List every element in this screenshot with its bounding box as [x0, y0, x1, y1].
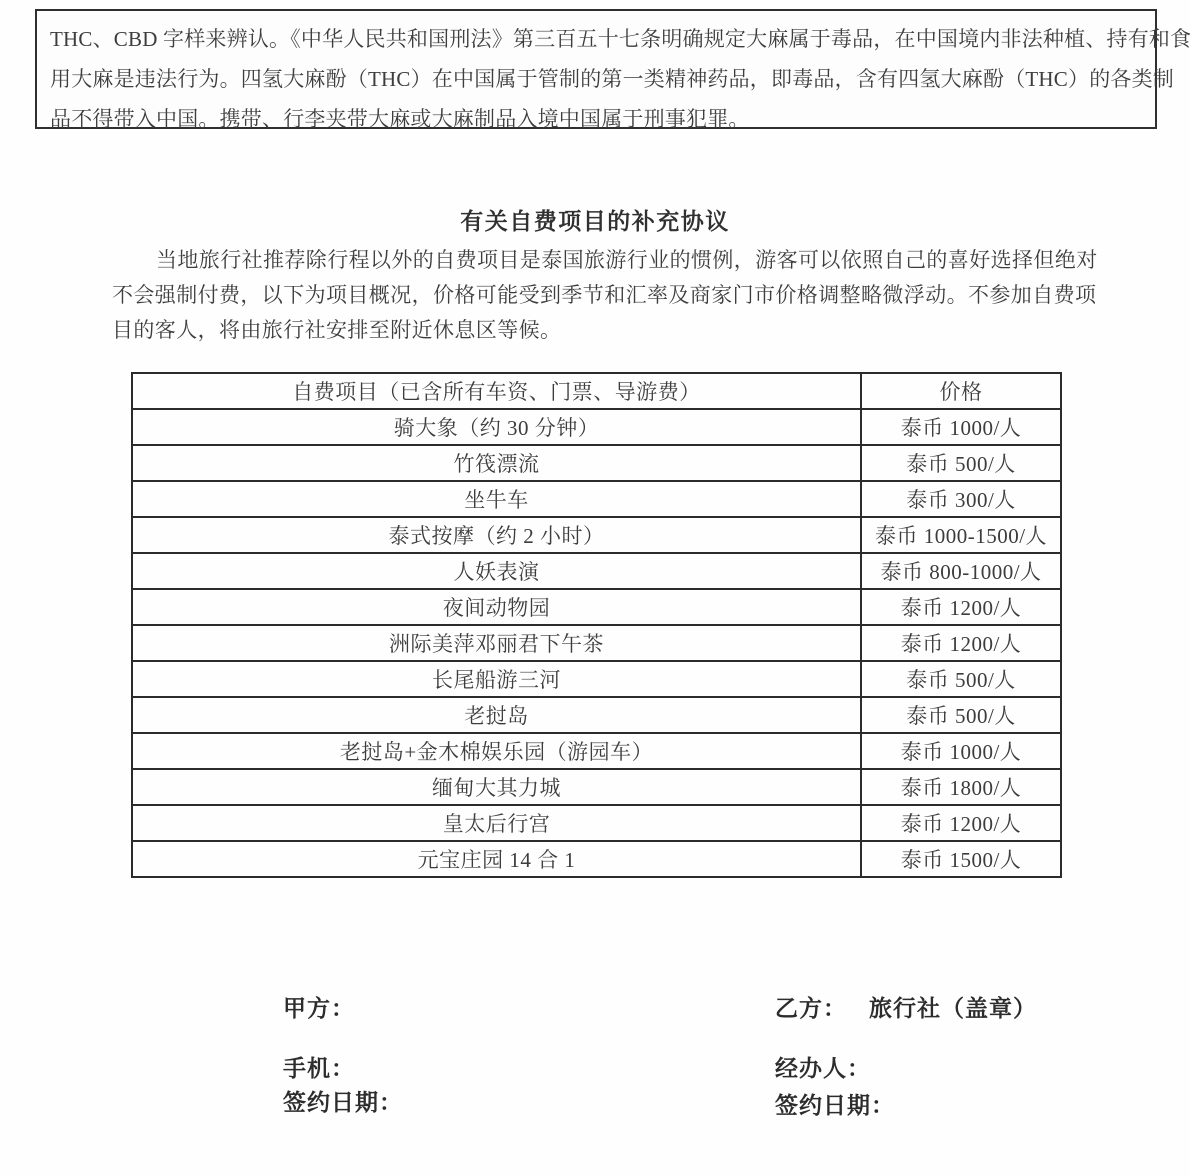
agreement-intro-line: 不会强制付费，以下为项目概况，价格可能受到季节和汇率及商家门市价格调整略微浮动。… [112, 278, 1122, 313]
agreement-intro-line: 当地旅行社推荐除行程以外的自费项目是泰国旅游行业的惯例，游客可以依照自己的喜好选… [112, 243, 1122, 278]
table-row: 泰式按摩（约 2 小时）泰币 1000-1500/人 [132, 517, 1061, 553]
handler-label: 经办人： [775, 1050, 871, 1083]
item-cell: 元宝庄园 14 合 1 [132, 841, 861, 877]
price-cell: 泰币 1200/人 [861, 625, 1061, 661]
party-b-value: 旅行社（盖章） [869, 996, 1037, 1021]
price-cell: 泰币 800-1000/人 [861, 553, 1061, 589]
legal-notice-line: 用大麻是违法行为。四氢大麻酚（THC）在中国属于管制的第一类精神药品，即毒品，含… [50, 59, 1143, 99]
table-row: 老挝岛+金木棉娱乐园（游园车）泰币 1000/人 [132, 733, 1061, 769]
table-row: 竹筏漂流泰币 500/人 [132, 445, 1061, 481]
price-cell: 泰币 1000-1500/人 [861, 517, 1061, 553]
phone-label: 手机： [283, 1050, 355, 1083]
table-row: 骑大象（约 30 分钟）泰币 1000/人 [132, 409, 1061, 445]
price-cell: 泰币 500/人 [861, 697, 1061, 733]
header-price-column: 价格 [861, 373, 1061, 409]
item-cell: 老挝岛 [132, 697, 861, 733]
price-cell: 泰币 1500/人 [861, 841, 1061, 877]
price-cell: 泰币 1000/人 [861, 733, 1061, 769]
agreement-intro: 当地旅行社推荐除行程以外的自费项目是泰国旅游行业的惯例，游客可以依照自己的喜好选… [112, 243, 1122, 348]
sign-date-a-label: 签约日期： [283, 1084, 403, 1117]
table-row: 老挝岛泰币 500/人 [132, 697, 1061, 733]
table-header-row: 自费项目（已含所有车资、门票、导游费） 价格 [132, 373, 1061, 409]
item-cell: 夜间动物园 [132, 589, 861, 625]
item-cell: 老挝岛+金木棉娱乐园（游园车） [132, 733, 861, 769]
party-b-label: 乙方： [775, 996, 847, 1021]
item-cell: 人妖表演 [132, 553, 861, 589]
table-row: 人妖表演泰币 800-1000/人 [132, 553, 1061, 589]
price-cell: 泰币 1800/人 [861, 769, 1061, 805]
price-cell: 泰币 1000/人 [861, 409, 1061, 445]
legal-notice-line: 品不得带入中国。携带、行李夹带大麻或大麻制品入境中国属于刑事犯罪。 [50, 99, 1143, 139]
item-cell: 洲际美萍邓丽君下午茶 [132, 625, 861, 661]
item-cell: 坐牛车 [132, 481, 861, 517]
agreement-title: 有关自费项目的补充协议 [0, 203, 1190, 236]
header-item-column: 自费项目（已含所有车资、门票、导游费） [132, 373, 861, 409]
legal-notice-box: THC、CBD 字样来辨认。《中华人民共和国刑法》第三百五十七条明确规定大麻属于… [35, 9, 1157, 129]
item-cell: 骑大象（约 30 分钟） [132, 409, 861, 445]
item-cell: 皇太后行宫 [132, 805, 861, 841]
table-row: 长尾船游三河泰币 500/人 [132, 661, 1061, 697]
table-row: 坐牛车泰币 300/人 [132, 481, 1061, 517]
price-cell: 泰币 500/人 [861, 445, 1061, 481]
table-row: 缅甸大其力城泰币 1800/人 [132, 769, 1061, 805]
party-b-row: 乙方：旅行社（盖章） [775, 990, 1037, 1023]
item-cell: 竹筏漂流 [132, 445, 861, 481]
item-cell: 长尾船游三河 [132, 661, 861, 697]
price-cell: 泰币 1200/人 [861, 589, 1061, 625]
table-row: 皇太后行宫泰币 1200/人 [132, 805, 1061, 841]
price-cell: 泰币 1200/人 [861, 805, 1061, 841]
party-a-label: 甲方： [283, 990, 355, 1023]
legal-notice-line: THC、CBD 字样来辨认。《中华人民共和国刑法》第三百五十七条明确规定大麻属于… [50, 19, 1143, 59]
price-cell: 泰币 300/人 [861, 481, 1061, 517]
fees-table: 自费项目（已含所有车资、门票、导游费） 价格 骑大象（约 30 分钟）泰币 10… [131, 372, 1062, 878]
agreement-intro-line: 目的客人，将由旅行社安排至附近休息区等候。 [112, 313, 1122, 348]
table-row: 夜间动物园泰币 1200/人 [132, 589, 1061, 625]
table-row: 洲际美萍邓丽君下午茶泰币 1200/人 [132, 625, 1061, 661]
item-cell: 缅甸大其力城 [132, 769, 861, 805]
price-cell: 泰币 500/人 [861, 661, 1061, 697]
table-row: 元宝庄园 14 合 1泰币 1500/人 [132, 841, 1061, 877]
sign-date-b-label: 签约日期： [775, 1087, 895, 1120]
document-page: THC、CBD 字样来辨认。《中华人民共和国刑法》第三百五十七条明确规定大麻属于… [0, 0, 1190, 1176]
item-cell: 泰式按摩（约 2 小时） [132, 517, 861, 553]
